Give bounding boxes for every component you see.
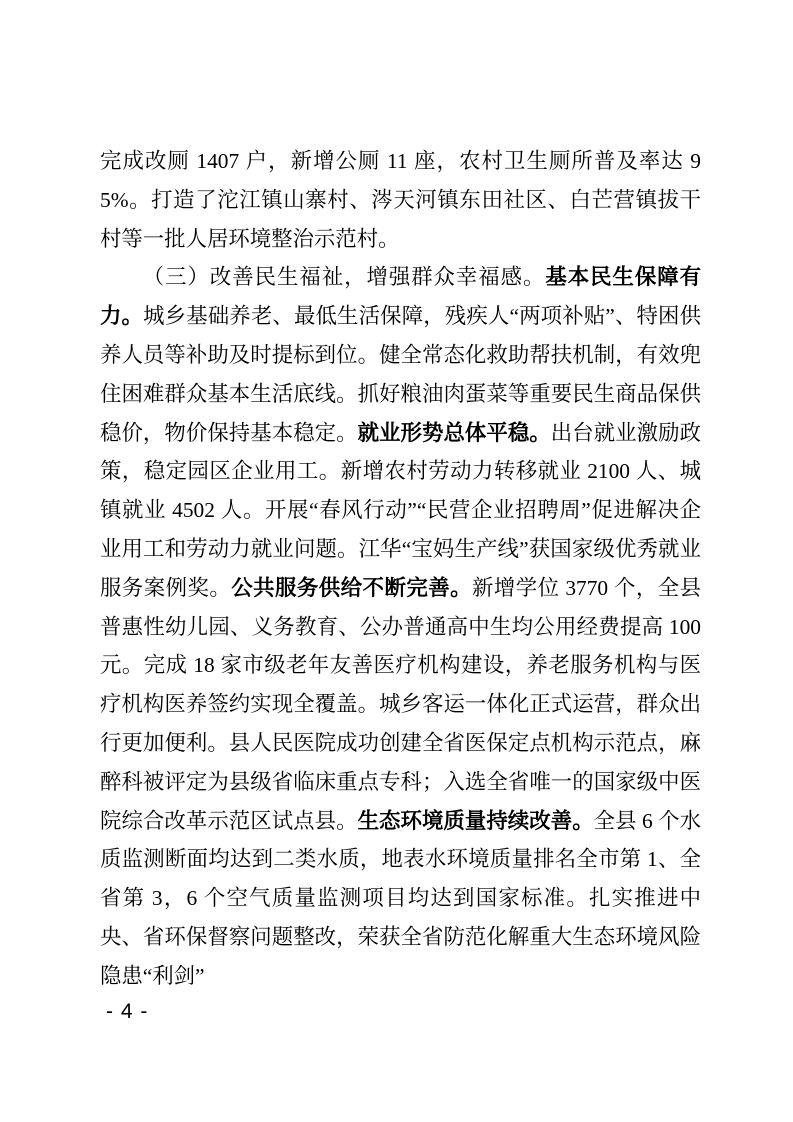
document-body: 完成改厕 1407 户，新增公厕 11 座，农村卫生厕所普及率达 95%。打造了…: [100, 142, 701, 996]
text-run: 新增学位 3770 个，全县普惠性幼儿园、义务教育、公办普通高中生均公用经费提高…: [100, 576, 701, 833]
text-run: 出台就业激励政策，稳定园区企业用工。新增农村劳动力转移就业 2100 人、城镇就…: [100, 421, 701, 600]
text-run: 全县 6 个水质监测断面均达到二类水质，地表水环境质量排名全市第 1、全省第 3…: [100, 809, 701, 988]
paragraph-rural-environment: 完成改厕 1407 户，新增公厕 11 座，农村卫生厕所普及率达 95%。打造了…: [100, 142, 701, 258]
page-number: - 4 -: [106, 999, 148, 1025]
text-run: 完成改厕 1407 户，新增公厕 11 座，农村卫生厕所普及率达 95%。打造了…: [100, 149, 701, 251]
bold-emphasis-run: 生态环境质量持续改善。: [358, 809, 594, 833]
text-run: （三）改善民生福祉，增强群众幸福感。: [143, 265, 546, 289]
paragraph-section-three-livelihood: （三）改善民生福祉，增强群众幸福感。基本民生保障有力。城乡基础养老、最低生活保障…: [100, 258, 701, 995]
bold-emphasis-run: 公共服务供给不断完善。: [231, 576, 472, 600]
document-page: 完成改厕 1407 户，新增公厕 11 座，农村卫生厕所普及率达 95%。打造了…: [0, 0, 793, 1122]
bold-emphasis-run: 就业形势总体平稳。: [358, 421, 551, 445]
